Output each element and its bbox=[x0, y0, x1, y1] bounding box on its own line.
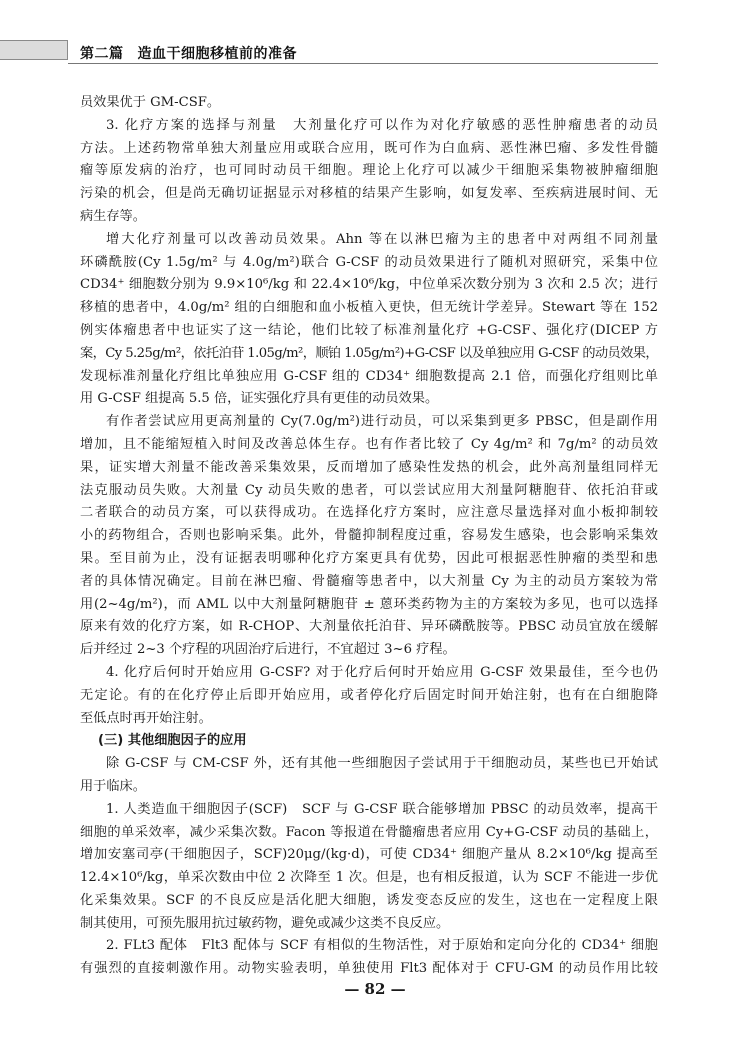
text-line: 用于临床。 bbox=[80, 776, 658, 799]
running-header: 第二篇造血干细胞移植前的准备 bbox=[80, 43, 297, 63]
text-line: 用 G-CSF 组提高 5.5 倍，证实强化疗具有更佳的动员效果。 bbox=[80, 388, 658, 411]
text-line: 增加，且不能缩短植入时间及改善总体生存。也有作者比较了 Cy 4g/m² 和 7… bbox=[80, 434, 658, 457]
text-line: 员效果优于 GM-CSF。 bbox=[80, 92, 658, 115]
text-line: 小的药物组合，否则也影响采集。此外，骨髓抑制程度过重，容易发生感染，也会影响采集… bbox=[80, 525, 658, 548]
text-line: 发现标准剂量化疗组比单独应用 G-CSF 组的 CD34⁺ 细胞数提高 2.1 … bbox=[80, 366, 658, 389]
text-line: 果，证实增大剂量不能改善采集效果，反而增加了感染性发热的机会，此外高剂量组同样无 bbox=[80, 457, 658, 480]
text-line: 污染的机会，但是尚无确切证据显示对移植的结果产生影响，如复发率、至疾病进展时间、… bbox=[80, 183, 658, 206]
chapter-tab-marker bbox=[0, 40, 68, 60]
header-part: 第二篇 bbox=[80, 46, 124, 62]
page-number: — 82 — bbox=[0, 980, 750, 998]
text-line: CD34⁺ 细胞数分别为 9.9×10⁶/kg 和 22.4×10⁶/kg，中位… bbox=[80, 274, 658, 297]
text-line: 细胞的单采效率，减少采集次数。Facon 等报道在骨髓瘤患者应用 Cy+G-CS… bbox=[80, 822, 658, 845]
text-line: 有作者尝试应用更高剂量的 Cy(7.0g/m²)进行动员，可以采集到更多 PBS… bbox=[80, 411, 658, 434]
body-text: 员效果优于 GM-CSF。 3. 化疗方案的选择与剂量 大剂量化疗可以作为对化疗… bbox=[80, 92, 658, 981]
text-line: 用(2~4g/m²)，而 AML 以中大剂量阿糖胞苷 ± 蒽环类药物为主的方案较… bbox=[80, 594, 658, 617]
text-line: 增加安塞司亭(干细胞因子，SCF)20μg/(kg·d)，可使 CD34⁺ 细胞… bbox=[80, 844, 658, 867]
text-line: 移植的患者中，4.0g/m² 组的白细胞和血小板植入更快，但无统计学差异。Ste… bbox=[80, 297, 658, 320]
text-line: 化采集效果。SCF 的不良反应是活化肥大细胞，诱发变态反应的发生，这也在一定程度… bbox=[80, 890, 658, 913]
text-line: 有强烈的直接刺激作用。动物实验表明，单独使用 Flt3 配体对于 CFU-GM … bbox=[80, 958, 658, 981]
text-line: 后并经过 2~3 个疗程的巩固治疗后进行，不宜超过 3~6 疗程。 bbox=[80, 639, 658, 662]
text-line: 3. 化疗方案的选择与剂量 大剂量化疗可以作为对化疗敏感的恶性肿瘤患者的动员 bbox=[80, 115, 658, 138]
text-line: 至低点时再开始注射。 bbox=[80, 708, 658, 731]
text-line: 1. 人类造血干细胞因子(SCF) SCF 与 G-CSF 联合能够增加 PBS… bbox=[80, 799, 658, 822]
text-line: 病生存等。 bbox=[80, 206, 658, 229]
section-heading: (三) 其他细胞因子的应用 bbox=[80, 730, 658, 753]
text-line: 环磷酰胺(Cy 1.5g/m² 与 4.0g/m²)联合 G-CSF 的动员效果… bbox=[80, 252, 658, 275]
text-line: 瘤等原发病的治疗，也可同时动员干细胞。理论上化疗可以减少干细胞采集物被肿瘤细胞 bbox=[80, 160, 658, 183]
text-line: 无定论。有的在化疗停止后即开始应用，或者停化疗后固定时间开始注射，也有在白细胞降 bbox=[80, 685, 658, 708]
text-line: 增大化疗剂量可以改善动员效果。Ahn 等在以淋巴瘤为主的患者中对两组不同剂量 bbox=[80, 229, 658, 252]
text-line: 4. 化疗后何时开始应用 G-CSF? 对于化疗后何时开始应用 G-CSF 效果… bbox=[80, 662, 658, 685]
text-line: 二者联合的动员方案，可以获得成功。在选择化疗方案时，应注意尽量选择对血小板抑制较 bbox=[80, 502, 658, 525]
header-title: 造血干细胞移植前的准备 bbox=[138, 46, 298, 62]
text-line: 2. FLt3 配体 Flt3 配体与 SCF 有相似的生物活性，对于原始和定向… bbox=[80, 935, 658, 958]
text-line: 案，Cy 5.25g/m²，依托泊苷 1.05g/m²，顺铂 1.05g/m²)… bbox=[80, 343, 658, 366]
text-line: 原来有效的化疗方案，如 R-CHOP、大剂量依托泊苷、异环磷酰胺等。PBSC 动… bbox=[80, 616, 658, 639]
text-line: 者的具体情况确定。目前在淋巴瘤、骨髓瘤等患者中，以大剂量 Cy 为主的动员方案较… bbox=[80, 571, 658, 594]
text-line: 除 G-CSF 与 CM-CSF 外，还有其他一些细胞因子尝试用于干细胞动员，某… bbox=[80, 753, 658, 776]
text-line: 制其使用，可预先服用抗过敏药物，避免或减少这类不良反应。 bbox=[80, 913, 658, 936]
text-line: 法克服动员失败。大剂量 Cy 动员失败的患者，可以尝试应用大剂量阿糖胞苷、依托泊… bbox=[80, 480, 658, 503]
header-rule bbox=[68, 63, 658, 64]
text-line: 方法。上述药物常单独大剂量应用或联合应用，既可作为白血病、恶性淋巴瘤、多发性骨髓 bbox=[80, 138, 658, 161]
text-line: 果。至目前为止，没有证据表明哪种化疗方案更具有优势，因此可根据恶性肿瘤的类型和患 bbox=[80, 548, 658, 571]
text-line: 例实体瘤患者中也证实了这一结论，他们比较了标准剂量化疗 +G-CSF、强化疗(D… bbox=[80, 320, 658, 343]
text-line: 12.4×10⁶/kg，单采次数由中位 2 次降至 1 次。但是，也有相反报道，… bbox=[80, 867, 658, 890]
